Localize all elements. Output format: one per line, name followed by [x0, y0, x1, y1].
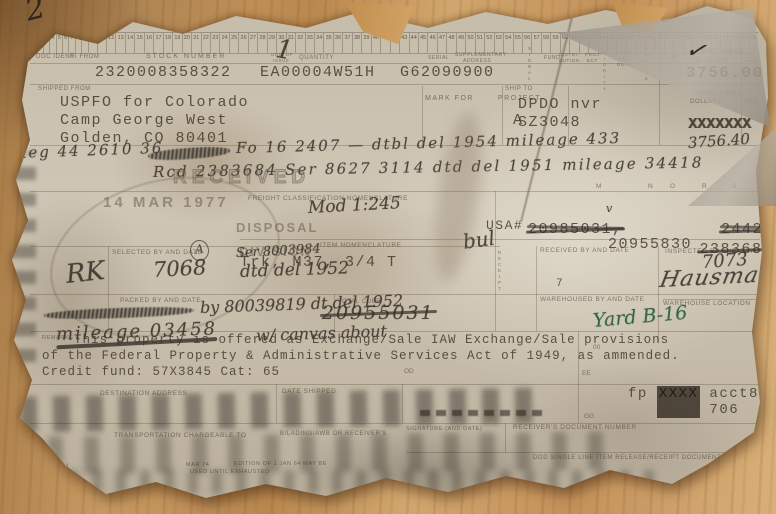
folded-corner [44, 450, 124, 502]
freight-handwritten: Mod 1:245 [307, 193, 401, 218]
wood-background: 1234567891011121314151617181920212223242… [0, 0, 776, 514]
ruler-number: 20 [182, 33, 191, 53]
ruler-number: 55 [513, 33, 522, 53]
form-edition2: USED UNTIL EXHAUSTED [190, 469, 270, 475]
remarks-line1: This property is offered as Exchange/Sal… [74, 333, 669, 347]
selected-number: 7068 [152, 255, 207, 282]
grid-line [568, 86, 569, 145]
label-lading: B/LADING/AWB OR RECEIVER'S [280, 431, 387, 437]
label-destination: DESTINATION ADDRESS [100, 390, 188, 397]
ship-to-line2: SZ3048 [518, 114, 581, 131]
grid-line [663, 299, 760, 300]
ruler-number: 32 [295, 33, 304, 53]
ruler-number: 19 [172, 33, 181, 53]
label-project: PROJECT [498, 95, 541, 102]
grid-line [334, 294, 335, 331]
label-shipped-from: SHIPPED FROM [38, 86, 91, 92]
nsn-value: 2320008358322 [95, 64, 232, 81]
inspector-signature: Hausman [658, 262, 776, 293]
ruler-number: 13 [115, 33, 124, 53]
pencil-line1a: Reg 44 2610 36 [15, 139, 164, 162]
doc-code-a: EA00004W51H [260, 64, 376, 81]
marker-oo: 00 [593, 344, 600, 351]
ruler-number: 50 [465, 33, 474, 53]
dod-title: DOD SINGLE LINE ITEM RELEASE/RECEIPT DOC… [533, 455, 721, 461]
label-warehoused-by: WAREHOUSED BY AND DATE [540, 296, 644, 303]
grid-line [502, 86, 503, 145]
label-ect: ECT [587, 58, 598, 63]
grid-line [495, 191, 496, 331]
ruler-number: 15 [134, 33, 143, 53]
ruler-number: 37 [342, 33, 351, 53]
label-received-by: RECEIVED BY AND DATE [540, 247, 629, 254]
ruler-number: 33 [305, 33, 314, 53]
usa-checkmark: v [606, 202, 612, 215]
grid-line [505, 423, 506, 452]
ruler-number: 46 [427, 33, 436, 53]
selected-date: dtd del 1952 [240, 258, 350, 282]
ruler-number: 23 [210, 33, 219, 53]
ruler-number: 39 [361, 33, 370, 53]
grid-line [402, 384, 403, 423]
form-date: MAR 74 [186, 462, 209, 468]
label-distri: DISTRI- [559, 52, 579, 57]
remarks-line3: Credit fund: 57X3845 Cat: 65 [42, 365, 280, 379]
label-signal: SIGNAL [527, 46, 532, 82]
grid-line [30, 331, 760, 332]
grid-line [30, 191, 760, 192]
ruler-number: 54 [503, 33, 512, 53]
label-bution: BUTION [559, 58, 580, 63]
label-remarks: REMARKS [42, 335, 73, 341]
ruler-number: 38 [352, 33, 361, 53]
grid-line [240, 239, 760, 240]
ruler-number: 48 [446, 33, 455, 53]
ruler-number: 59 [550, 33, 559, 53]
label-serial: SERIAL [428, 55, 449, 61]
grid-line [276, 384, 277, 423]
ruler-number: 45 [418, 33, 427, 53]
shipped-from-line2: Camp George West [60, 112, 228, 129]
label-ri-from: RI FROM [70, 54, 100, 60]
grid-line [30, 84, 760, 85]
form-edition: EDITION OF 1 JAN 64 MAY BE [234, 461, 327, 467]
fp-struck: XXXX [657, 386, 701, 418]
label-doc-ident: DOC IDENT [36, 54, 74, 60]
label-quantity: QUANTITY [299, 55, 334, 61]
label-stock-number: STOCK NUMBER [146, 53, 226, 60]
label-receipt-vertical: RECEIPT [497, 250, 502, 292]
label-packed-by: PACKED BY AND DATE [120, 297, 201, 304]
shipped-from-line1: USPFO for Colorado [60, 94, 249, 111]
marker-o: O [670, 183, 675, 190]
usa-struck-2: 2442640, [721, 221, 776, 238]
label-signature-date: SIGNATURE (AND DATE) [406, 426, 482, 432]
ruler-number: 22 [201, 33, 210, 53]
doc-code-b: G62090900 [400, 64, 495, 81]
ruler-number: 52 [484, 33, 493, 53]
ruler-number: 35 [323, 33, 332, 53]
remarks-line2: of the Federal Property & Administrative… [42, 349, 680, 363]
ruler-number: 17 [153, 33, 162, 53]
stamp-smudge [68, 470, 668, 494]
ruler-number: 16 [144, 33, 153, 53]
ruler-number: 58 [541, 33, 550, 53]
label-proj: PROJ- [585, 52, 602, 57]
ruler-number: 34 [314, 33, 323, 53]
ruler-number: 12 [106, 33, 115, 53]
grid-line [536, 246, 537, 331]
grid-line [30, 423, 760, 424]
grid-line [30, 145, 760, 146]
fp-suffix: acct8 706 [709, 386, 770, 418]
ruler-number: 11 [97, 33, 106, 53]
ruler-number: 28 [257, 33, 266, 53]
grid-line [406, 452, 760, 453]
receipt-number: 7 [556, 278, 564, 290]
marker-ee: EE [582, 370, 591, 377]
marker-gg: GG [584, 413, 594, 420]
ruler-number: 25 [229, 33, 238, 53]
ruler-number: 21 [191, 33, 200, 53]
ruler-number: 18 [163, 33, 172, 53]
grid-line [578, 331, 579, 423]
grid-line [108, 246, 109, 331]
marker-n: N [648, 183, 653, 190]
warehouse-location-handwritten: Yard B-16 [592, 302, 688, 332]
label-mark-for: MARK FOR [425, 95, 474, 102]
ruler-number: 51 [475, 33, 484, 53]
label-receivers-doc: RECEIVER'S DOCUMENT NUMBER [513, 424, 637, 431]
ruler-number: 53 [494, 33, 503, 53]
pencil-line1b: Fo 16 2407 — dtbl del 1954 mileage 433 [236, 129, 622, 157]
ruler-number: 26 [238, 33, 247, 53]
marker-od: OD [404, 368, 414, 375]
usa-prefix: USA# [486, 218, 523, 233]
selected-initials: RK [64, 256, 106, 290]
grid-line [30, 294, 760, 295]
label-transportation: TRANSPORTATION CHARGEABLE TO [114, 432, 247, 439]
marker-m: M [596, 183, 601, 190]
ruler-number: 36 [333, 33, 342, 53]
grid-line [658, 246, 659, 342]
ruler-number: 14 [125, 33, 134, 53]
fp-account-line: fp XXXX acct8 706 [628, 386, 770, 418]
ruler-number: 44 [409, 33, 418, 53]
ruler-number: 24 [219, 33, 228, 53]
label-fund: FUND [544, 55, 560, 61]
marker-r: R [702, 183, 707, 190]
ruler-number: 1 [30, 33, 36, 53]
project-value: A [513, 112, 524, 129]
label-ship-to: SHIP TO [505, 86, 533, 92]
stamp-smudge [420, 410, 542, 416]
ruler-number: 27 [248, 33, 257, 53]
quantity-handwritten: 1 [274, 34, 295, 66]
ruler-number: 10 [88, 33, 97, 53]
fp-prefix: fp [628, 386, 648, 418]
ruler-number: 47 [437, 33, 446, 53]
label-date-shipped: DATE SHIPPED [282, 388, 336, 395]
grid-line [30, 246, 500, 247]
ruler-number: 49 [456, 33, 465, 53]
grid-line [30, 384, 760, 385]
ruler-number: 57 [531, 33, 540, 53]
form-number: FORM 1348-1 [22, 463, 70, 470]
grid-line [422, 86, 423, 145]
